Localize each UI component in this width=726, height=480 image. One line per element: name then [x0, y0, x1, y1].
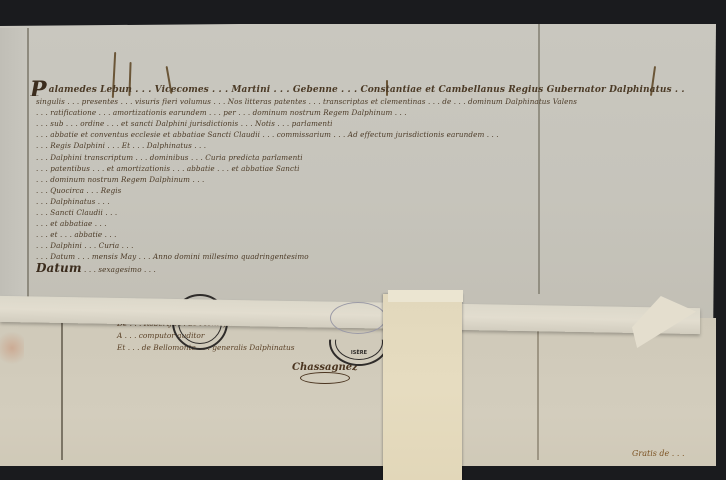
- text-line: . . . abbatie et conventus ecclesie et a…: [36, 129, 686, 140]
- text-line: Datum . . . sexagesimo . . .: [36, 263, 686, 275]
- text-line: . . . Regis Dalphini . . . Et . . . Dalp…: [36, 140, 686, 151]
- text-line: Palamedes Lebun . . . Vicecomes . . . Ma…: [30, 80, 686, 96]
- text-line: . . . Datum . . . mensis May . . . Anno …: [36, 251, 686, 262]
- fold-crease: [61, 318, 63, 460]
- text-line: . . . ratificatione . . . amortizationis…: [36, 107, 686, 118]
- strip-top-fold: [388, 290, 463, 302]
- signature-flourish: [300, 372, 350, 384]
- text-line: . . . Quocirca . . . Regis: [36, 185, 686, 196]
- dated-word: Datum: [36, 263, 82, 275]
- corner-note: Gratis de . . .: [632, 449, 685, 458]
- text-line: . . . Dalphini . . . Curia . . .: [36, 240, 686, 251]
- text-line: . . . dominum nostrum Regem Dalphinum . …: [36, 174, 686, 185]
- text-line: singulis . . . presentes . . . visuris f…: [36, 96, 686, 107]
- text-line: . . . et abbatiae . . .: [36, 218, 686, 229]
- parchment-vertical-strip: [383, 294, 462, 480]
- text-line: . . . Sancti Claudii . . .: [36, 207, 686, 218]
- text-line: . . . sub . . . ordine . . . et sancti D…: [36, 118, 686, 129]
- archive-stamp-faded: [330, 302, 386, 334]
- text-line: . . . Dalphini transcriptum . . . domini…: [36, 152, 686, 163]
- stain: [0, 328, 24, 368]
- text-line: . . . Dalphinatus . . .: [36, 196, 686, 207]
- fold-crease: [537, 318, 539, 460]
- dark-background: [0, 466, 716, 480]
- charter-main-text: Palamedes Lebun . . . Vicecomes . . . Ma…: [36, 80, 686, 275]
- text-line: . . . patentibus . . . et amortizationis…: [36, 163, 686, 174]
- text-line: . . . et . . . abbatie . . .: [36, 229, 686, 240]
- decorated-initial: P: [30, 80, 47, 96]
